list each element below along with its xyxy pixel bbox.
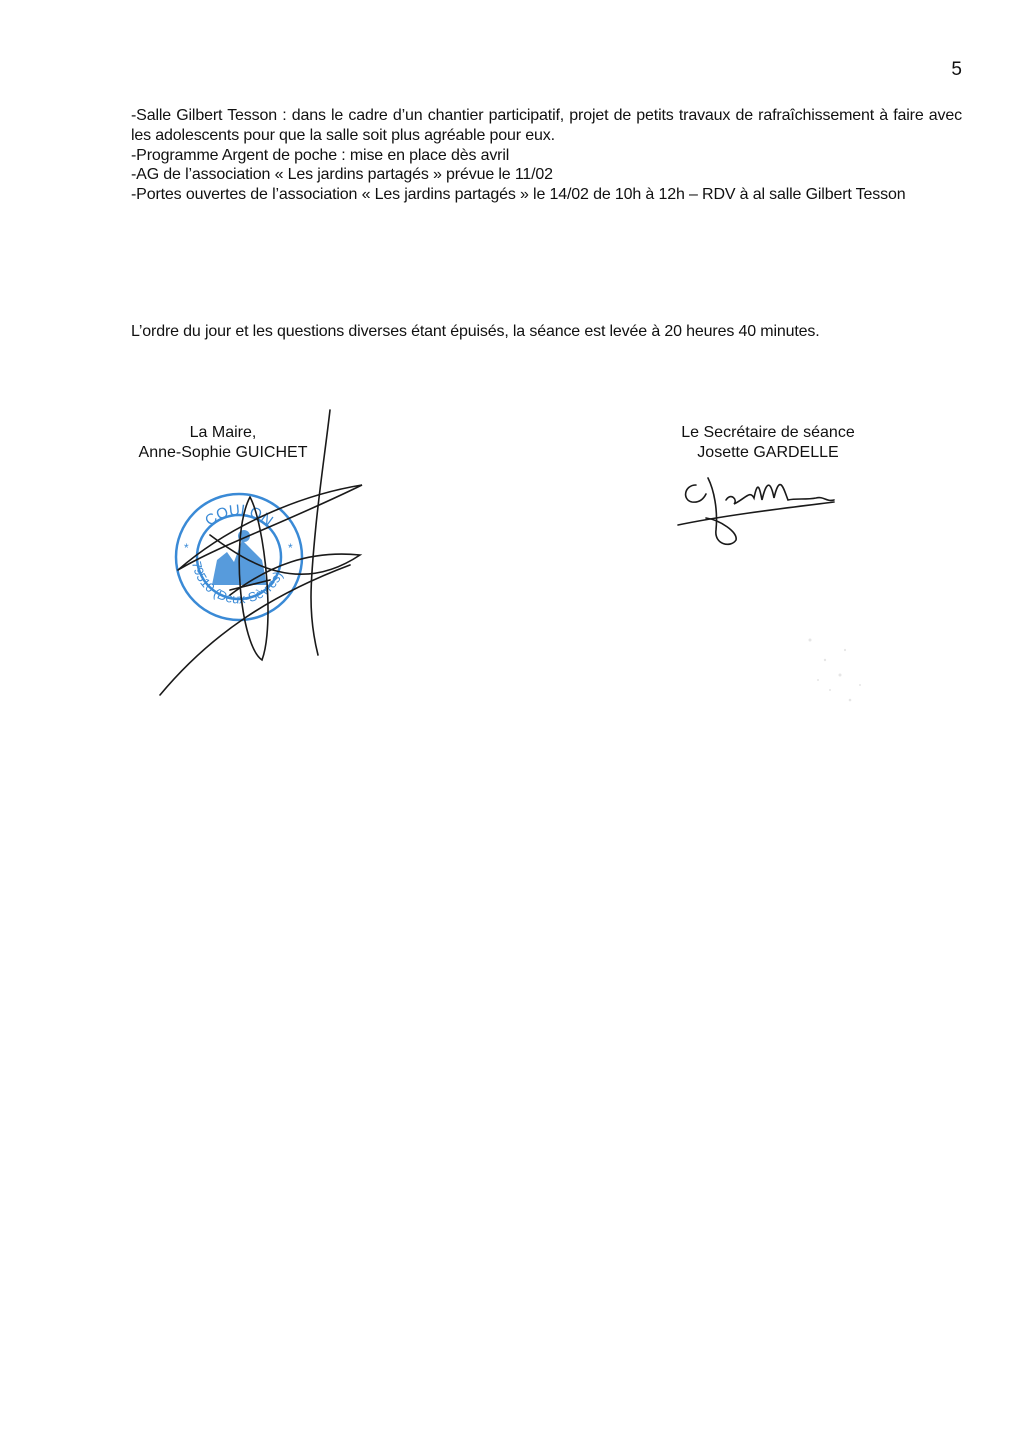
- secretary-signature-icon: [676, 470, 846, 550]
- item-ag-jardins: -AG de l’association « Les jardins parta…: [131, 165, 962, 185]
- item-salle-gilbert-tesson: -Salle Gilbert Tesson : dans le cadre d’…: [131, 106, 962, 146]
- closing-statement: L’ordre du jour et les questions diverse…: [131, 323, 820, 341]
- agenda-items: -Salle Gilbert Tesson : dans le cadre d’…: [131, 106, 962, 205]
- mayor-signature-icon: [150, 405, 380, 705]
- item-portes-ouvertes: -Portes ouvertes de l’association « Les …: [131, 185, 962, 205]
- secretary-name: Josette GARDELLE: [668, 443, 868, 463]
- secretary-role: Le Secrétaire de séance: [668, 423, 868, 443]
- item-argent-de-poche: -Programme Argent de poche : mise en pla…: [131, 146, 962, 166]
- page-number: 5: [951, 59, 962, 81]
- scan-noise-icon: [790, 620, 880, 720]
- secretary-signature-block: Le Secrétaire de séance Josette GARDELLE: [668, 423, 868, 463]
